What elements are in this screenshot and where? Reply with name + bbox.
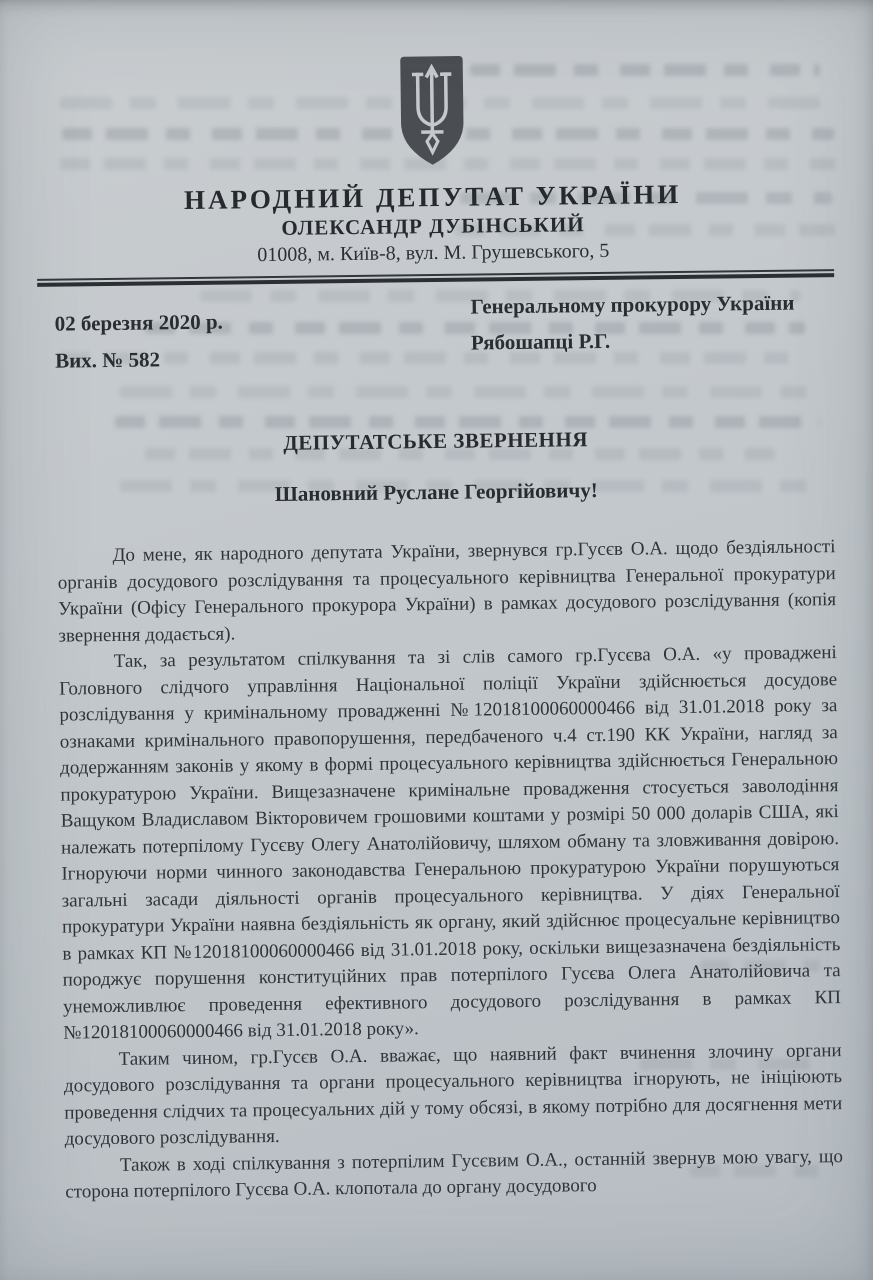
body-paragraph: До мене, як народного депутата України, … <box>57 534 836 649</box>
recipient-block: Генеральному прокурору України Рябошапці… <box>470 284 831 360</box>
recipient-name: Рябошапці Р.Г. <box>471 320 831 360</box>
body-paragraph: Таким чином, гр.Гусєв О.А. вважає, що на… <box>64 1038 843 1153</box>
letterhead: НАРОДНИЙ ДЕПУТАТ УКРАЇНИ ОЛЕКСАНДР ДУБІН… <box>0 0 870 270</box>
salutation-line: Шановний Руслане Георгійовичу! <box>0 475 873 511</box>
letter-content: НАРОДНИЙ ДЕПУТАТ УКРАЇНИ ОЛЕКСАНДР ДУБІН… <box>0 0 873 1280</box>
recipient-title: Генеральному прокурору України <box>470 284 830 324</box>
ukraine-trident-emblem-icon <box>392 54 471 172</box>
body-paragraph: Так, за результатом спілкування та зі сл… <box>59 640 842 1047</box>
meta-row: 02 березня 2020 р. Вих. № 582 Генерально… <box>0 278 871 381</box>
body-paragraph: Також в ході спілкування з потерпілим Гу… <box>65 1144 844 1207</box>
document-title: ДЕПУТАТСЬКЕ ЗВЕРНЕННЯ <box>0 424 872 460</box>
scanned-letter-page: НАРОДНИЙ ДЕПУТАТ УКРАЇНИ ОЛЕКСАНДР ДУБІН… <box>0 0 873 1280</box>
letter-body: До мене, як народного депутата України, … <box>57 534 843 1206</box>
letter-date: 02 березня 2020 р. <box>54 304 223 343</box>
meta-left-block: 02 березня 2020 р. Вих. № 582 <box>54 292 223 380</box>
letter-ref-number: Вих. № 582 <box>55 341 224 380</box>
